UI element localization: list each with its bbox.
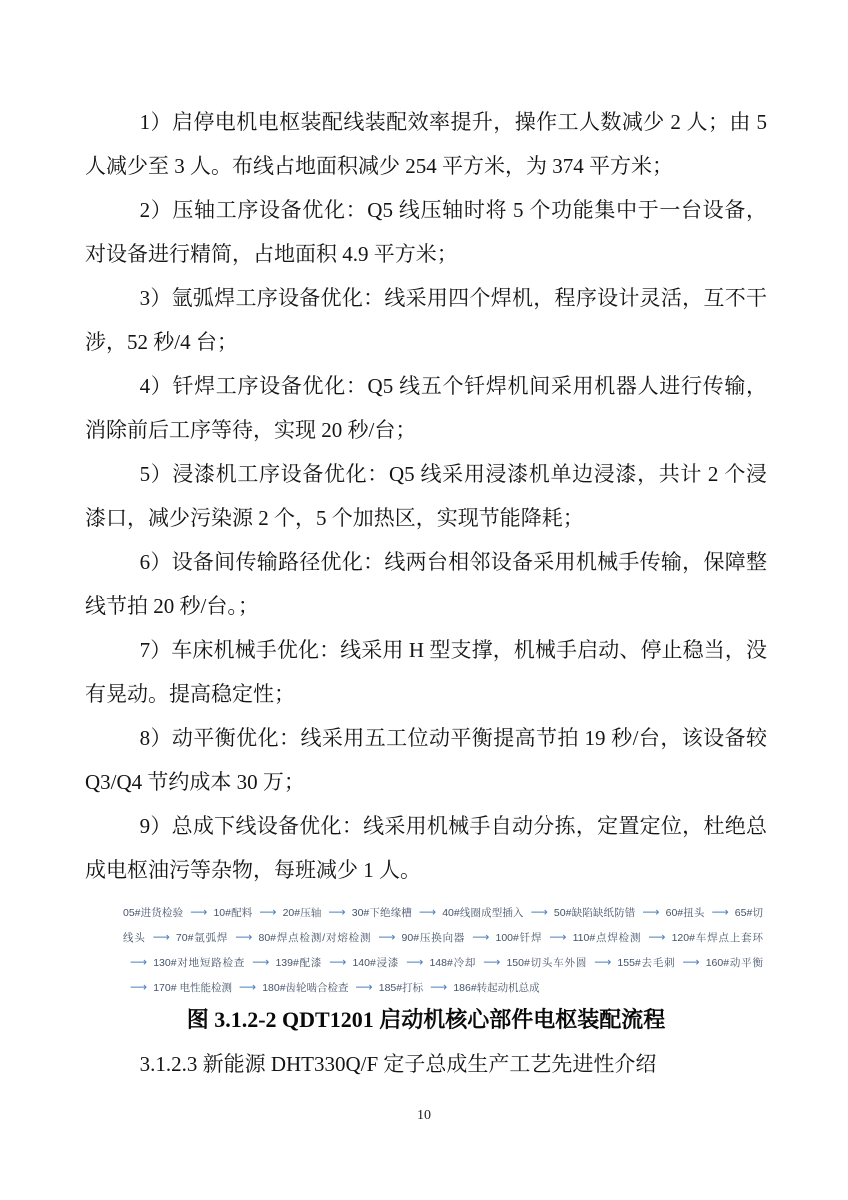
flow-step: 30#下绝缘槽 — [352, 907, 412, 919]
paragraph-item-4: 4）钎焊工序设备优化：Q5 线五个钎焊机间采用机器人进行传输，消除前后工序等待，… — [85, 364, 767, 452]
flow-step: 20#压轴 — [283, 907, 322, 919]
flow-step: 140#浸漆 — [352, 957, 399, 969]
flow-arrow-icon: ⟶ — [594, 955, 610, 969]
paragraph-item-9: 9）总成下线设备优化：线采用机械手自动分拣，定置定位，杜绝总成电枢油污等杂物，每… — [85, 804, 767, 892]
figure-caption: 图 3.1.2-2 QDT1201 启动机核心部件电枢装配流程 — [85, 998, 767, 1042]
flow-step: 110#点焊检测 — [573, 932, 642, 944]
flow-step: 120#车焊点上套环 — [672, 932, 763, 944]
paragraph-item-3: 3）氩弧焊工序设备优化：线采用四个焊机，程序设计灵活，互不干涉，52 秒/4 台… — [85, 276, 767, 364]
flow-arrow-icon: ⟶ — [531, 905, 547, 919]
flow-step: 148#冷却 — [429, 957, 476, 969]
flow-arrow-icon: ⟶ — [648, 930, 664, 944]
flow-arrow-icon: ⟶ — [235, 930, 251, 944]
flow-step: 180#齿轮啮合检查 — [262, 982, 348, 994]
flow-arrow-icon: ⟶ — [419, 905, 435, 919]
body-text-block: 1）启停电机电枢装配线装配效率提升，操作工人数减少 2 人；由 5 人减少至 3… — [85, 100, 767, 892]
flow-step: 150#切头车外圆 — [506, 957, 587, 969]
flow-step: 170# 电性能检测 — [153, 982, 232, 994]
flow-arrow-icon: ⟶ — [356, 980, 372, 994]
flow-arrow-icon: ⟶ — [406, 955, 422, 969]
flow-arrow-icon: ⟶ — [252, 955, 268, 969]
flow-arrow-icon: ⟶ — [239, 980, 255, 994]
flow-arrow-icon: ⟶ — [378, 930, 394, 944]
flow-step: 05#进货检验 — [123, 907, 183, 919]
paragraph-item-6: 6）设备间传输路径优化：线两台相邻设备采用机械手传输，保障整线节拍 20 秒/台… — [85, 540, 767, 628]
flow-arrow-icon: ⟶ — [430, 980, 446, 994]
flow-arrow-icon: ⟶ — [130, 980, 146, 994]
document-page: 1）启停电机电枢装配线装配效率提升，操作工人数减少 2 人；由 5 人减少至 3… — [0, 0, 848, 1200]
flow-arrow-icon: ⟶ — [472, 930, 488, 944]
paragraph-item-8: 8）动平衡优化：线采用五工位动平衡提高节拍 19 秒/台，该设备较 Q3/Q4 … — [85, 716, 767, 804]
flow-arrow-icon: ⟶ — [549, 930, 565, 944]
flow-arrow-icon: ⟶ — [329, 955, 345, 969]
flow-step: 50#缺陷缺纸防错 — [554, 907, 636, 919]
paragraph-item-2: 2）压轴工序设备优化：Q5 线压轴时将 5 个功能集中于一台设备，对设备进行精简… — [85, 188, 767, 276]
flow-step: 40#线圈成型插入 — [442, 907, 524, 919]
assembly-flow-diagram: 05#进货检验⟶10#配料⟶20#压轴⟶30#下绝缘槽⟶40#线圈成型插入⟶50… — [123, 900, 763, 1000]
flow-step: 70#氩弧焊 — [176, 932, 228, 944]
flow-arrow-icon: ⟶ — [259, 905, 275, 919]
flow-arrow-icon: ⟶ — [153, 930, 169, 944]
flow-step: 100#钎焊 — [495, 932, 542, 944]
flow-step: 160#动平衡 — [706, 957, 763, 969]
flow-step: 155#去毛刺 — [617, 957, 675, 969]
flow-step: 60#扭头 — [666, 907, 705, 919]
flow-arrow-icon: ⟶ — [683, 955, 699, 969]
flow-step: 80#焊点检测/对熔检测 — [258, 932, 371, 944]
paragraph-item-7: 7）车床机械手优化：线采用 H 型支撑，机械手启动、停止稳当，没有晃动。提高稳定… — [85, 628, 767, 716]
flow-step: 185#打标 — [379, 982, 423, 994]
page-number: 10 — [0, 1108, 848, 1124]
flow-arrow-icon: ⟶ — [329, 905, 345, 919]
flow-step: 139#配漆 — [275, 957, 322, 969]
flow-arrow-icon: ⟶ — [190, 905, 206, 919]
flow-step: 186#转起动机总成 — [453, 982, 539, 994]
flow-arrow-icon: ⟶ — [712, 905, 728, 919]
flow-arrow-icon: ⟶ — [483, 955, 499, 969]
flow-step: 130#对地短路检查 — [153, 957, 245, 969]
paragraph-item-5: 5）浸漆机工序设备优化：Q5 线采用浸漆机单边浸漆，共计 2 个浸漆口，减少污染… — [85, 452, 767, 540]
section-heading: 3.1.2.3 新能源 DHT330Q/F 定子总成生产工艺先进性介绍 — [85, 1042, 767, 1086]
flow-step: 90#压换向器 — [402, 932, 466, 944]
flow-arrow-icon: ⟶ — [130, 955, 146, 969]
flow-step: 10#配料 — [213, 907, 252, 919]
flow-arrow-icon: ⟶ — [642, 905, 658, 919]
paragraph-item-1: 1）启停电机电枢装配线装配效率提升，操作工人数减少 2 人；由 5 人减少至 3… — [85, 100, 767, 188]
